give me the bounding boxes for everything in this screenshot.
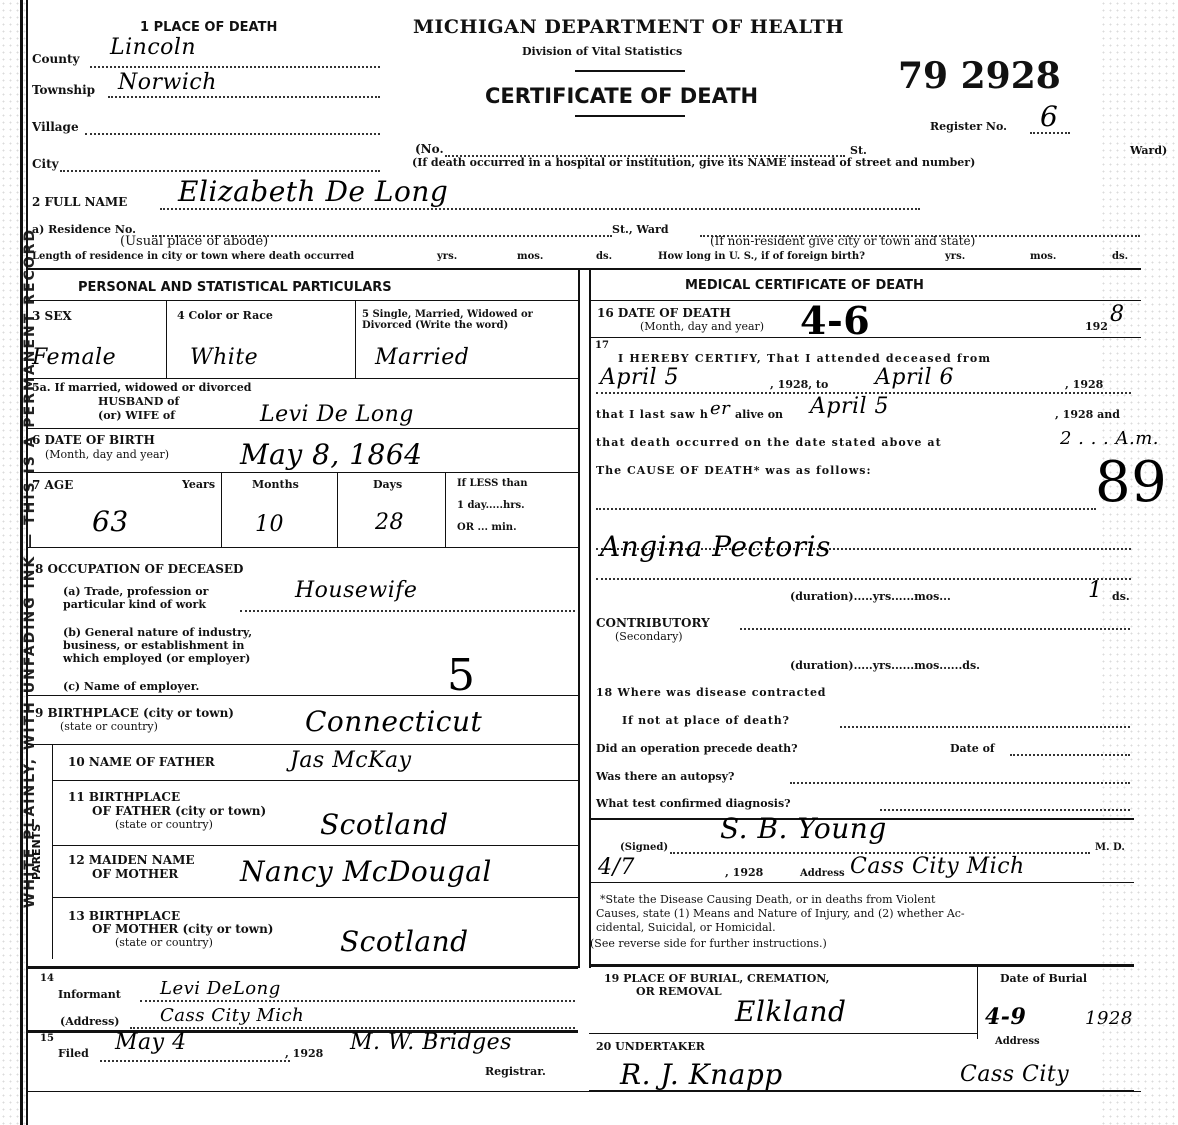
section-divider — [26, 268, 1141, 270]
row-line — [589, 337, 1141, 338]
operation-label: Did an operation precede death? — [596, 742, 798, 755]
row-line — [26, 695, 578, 696]
register-label: Register No. — [930, 120, 1007, 133]
informant-label: Informant — [58, 988, 121, 1001]
village-label: Village — [32, 120, 79, 134]
contributory-label: CONTRIBUTORY — [596, 616, 710, 630]
birthplace-sublabel: (state or country) — [60, 720, 158, 733]
informant-address-label: (Address) — [60, 1015, 120, 1028]
residence-st-ward: St., Ward — [612, 223, 669, 236]
last-saw-year: , 1928 and — [1055, 408, 1120, 421]
cause-code: 89 — [1095, 450, 1167, 515]
dod-year-suffix: 8 — [1110, 302, 1125, 327]
disease-contracted-label: 18 Where was disease contracted — [596, 686, 826, 699]
length-residence-label: Length of residence in city or town wher… — [32, 251, 354, 262]
father-birthplace-label: 11 BIRTHPLACE — [68, 790, 180, 804]
dotted-line — [790, 782, 1130, 784]
ds-label: ds. — [596, 251, 612, 262]
dotted-line — [740, 628, 1130, 630]
physician-address-value: Cass City Mich — [850, 854, 1025, 879]
burial-date-label: Date of Burial — [1000, 972, 1087, 985]
attended-to: April 6 — [875, 365, 954, 390]
row-line — [26, 428, 578, 429]
abode-note: (Usual place of abode) — [120, 234, 268, 249]
sign-date: 4/7 — [598, 855, 635, 880]
county-label: County — [32, 52, 80, 66]
row-line — [26, 744, 578, 745]
dotted-line — [60, 170, 380, 172]
marital-value: Married — [375, 345, 469, 370]
burial-label: 19 PLACE OF BURIAL, CREMATION, — [604, 972, 829, 985]
occupation-a-label: (a) Trade, profession or — [63, 585, 208, 598]
cause-of-death-value: Angina Pectoris — [600, 530, 831, 563]
row-line — [52, 845, 578, 846]
mother-birthplace-value: Scotland — [340, 925, 469, 958]
father-birthplace-label: OF FATHER (city or town) — [92, 804, 266, 818]
last-saw-date: April 5 — [810, 394, 889, 419]
dotted-line — [85, 133, 380, 135]
months-label: Months — [252, 478, 299, 491]
test-confirmed-label: What test confirmed diagnosis? — [596, 797, 791, 810]
dotted-line — [160, 208, 920, 210]
occupation-c-label: (c) Name of employer. — [63, 680, 199, 693]
footnote: *State the Disease Causing Death, or in … — [600, 893, 935, 906]
signed-label: (Signed) — [620, 842, 668, 853]
informant-number: 14 — [40, 973, 54, 984]
row-line — [589, 882, 1134, 883]
dotted-line — [880, 809, 1130, 811]
last-saw-pronoun: er — [710, 398, 730, 419]
column-divider — [578, 268, 580, 968]
physician-address-label: Address — [800, 868, 845, 879]
filed-value: May 4 — [115, 1030, 187, 1055]
spouse-label: HUSBAND of — [98, 395, 179, 408]
personal-heading: PERSONAL AND STATISTICAL PARTICULARS — [78, 280, 392, 295]
duration-primary: (duration).....yrs......mos... — [790, 590, 951, 603]
mother-name-value: Nancy McDougal — [240, 855, 492, 888]
last-saw-prefix: that I last saw h — [596, 408, 709, 421]
birthplace-value: Connecticut — [305, 705, 482, 738]
father-value: Jas McKay — [290, 748, 412, 773]
row-line — [52, 897, 578, 898]
days-label: Days — [373, 478, 402, 491]
dotted-line — [90, 66, 380, 68]
column-divider — [589, 268, 591, 968]
spouse-value: Levi De Long — [260, 402, 414, 427]
row-line — [26, 378, 578, 379]
cell-divider — [221, 472, 222, 547]
burial-place-value: Elkland — [735, 995, 846, 1028]
parents-divider — [52, 744, 53, 959]
undertaker-address-label: Address — [995, 1036, 1040, 1047]
how-long-label: How long in U. S., if of foreign birth? — [658, 251, 865, 262]
register-value: 6 — [1040, 100, 1058, 133]
dotted-line — [100, 1060, 290, 1062]
cell-divider — [166, 300, 167, 378]
full-name-value: Elizabeth De Long — [178, 175, 448, 208]
mother-birthplace-label: 13 BIRTHPLACE — [68, 909, 180, 923]
dotted-line — [596, 508, 1096, 510]
dob-sublabel: (Month, day and year) — [45, 448, 169, 461]
dotted-line — [140, 1000, 575, 1002]
father-label: 10 NAME OF FATHER — [68, 755, 215, 769]
dod-label: 16 DATE OF DEATH — [597, 306, 731, 320]
duration-secondary: (duration).....yrs......mos......ds. — [790, 659, 980, 672]
footnote: cidental, Suicidal, or Homicidal. — [596, 921, 776, 934]
dob-label: 6 DATE OF BIRTH — [32, 433, 155, 447]
dotted-line — [240, 610, 575, 612]
dod-sublabel: (Month, day and year) — [640, 320, 764, 333]
spouse-label: (or) WIFE of — [98, 409, 175, 422]
filed-number: 15 — [40, 1033, 54, 1044]
dotted-line — [108, 96, 380, 98]
frame-left-inner — [26, 0, 28, 1125]
attended-from-year: , 1928, to — [770, 378, 828, 391]
informant-address-value: Cass City Mich — [160, 1005, 304, 1026]
undertaker-value: R. J. Knapp — [620, 1058, 783, 1091]
cause-of-death-label: The CAUSE OF DEATH* was as follows: — [596, 464, 872, 477]
occupation-b-label: business, or establishment in — [63, 639, 244, 652]
marital-label: 5 Single, Married, Widowed or Divorced (… — [362, 309, 572, 331]
ward-label: Ward) — [1130, 144, 1167, 157]
race-value: White — [190, 345, 258, 370]
race-label: 4 Color or Race — [177, 309, 273, 322]
mos-label: mos. — [517, 251, 543, 262]
attended-from: April 5 — [600, 365, 679, 390]
occupation-value: Housewife — [295, 578, 417, 603]
row-line — [26, 472, 578, 473]
row-line — [52, 780, 578, 781]
occupation-b-label: (b) General nature of industry, — [63, 626, 252, 639]
physician-signature: S. B. Young — [720, 812, 887, 845]
death-time-label: that death occurred on the date stated a… — [596, 436, 942, 449]
mos-label: mos. — [1030, 251, 1056, 262]
age-label: 7 AGE — [32, 478, 73, 492]
sex-label: 3 SEX — [32, 309, 72, 323]
row-line — [589, 964, 1134, 967]
cell-divider — [337, 472, 338, 547]
township-value: Norwich — [118, 70, 217, 95]
place-of-death-heading: 1 PLACE OF DEATH — [140, 20, 277, 35]
burial-date-value: 4-9 — [985, 1004, 1026, 1030]
attended-to-year: , 1928 — [1065, 378, 1103, 391]
less-than-hrs: 1 day.....hrs. — [457, 500, 525, 511]
secondary-label: (Secondary) — [615, 630, 683, 643]
occupation-code: 5 — [447, 650, 476, 701]
disease-contracted-sub: If not at place of death? — [622, 714, 790, 727]
filed-label: Filed — [58, 1047, 89, 1060]
less-than-min: OR ... min. — [457, 522, 517, 533]
footnote: Causes, state (1) Means and Nature of In… — [596, 907, 965, 920]
yrs-label: yrs. — [945, 251, 965, 262]
registrar-signature: M. W. Bridges — [350, 1030, 512, 1055]
dob-value: May 8, 1864 — [240, 438, 422, 471]
ds-label: ds. — [1112, 251, 1128, 262]
mother-name-label: 12 MAIDEN NAME — [68, 853, 195, 867]
death-time-value: 2 . . . A.m. — [1060, 428, 1159, 449]
footnote: (See reverse side for further instructio… — [590, 937, 827, 950]
occupation-a-label: particular kind of work — [63, 598, 206, 611]
margin-noise-right — [1100, 0, 1178, 1125]
row-line — [589, 1033, 977, 1034]
frame-left-outer — [20, 0, 23, 1125]
years-label: Years — [182, 478, 215, 491]
duration-ds: ds. — [1112, 590, 1130, 603]
divider — [575, 115, 685, 117]
operation-date-label: Date of — [950, 742, 995, 755]
dod-year-prefix: 192 — [1085, 320, 1108, 333]
city-label: City — [32, 157, 59, 171]
sign-year: , 1928 — [725, 866, 763, 879]
father-birthplace-sublabel: (state or country) — [115, 818, 213, 831]
file-number: 79 2928 — [898, 55, 1061, 97]
mother-birthplace-label: OF MOTHER (city or town) — [92, 922, 273, 936]
cell-divider — [977, 964, 978, 1039]
last-saw-mid: alive on — [735, 408, 783, 421]
age-days-value: 28 — [375, 510, 404, 535]
divider — [575, 70, 685, 72]
row-line — [589, 1090, 1134, 1092]
spouse-label: 5a. If married, widowed or divorced — [32, 381, 251, 394]
mother-name-label: OF MOTHER — [92, 867, 178, 881]
row-line — [26, 300, 578, 301]
full-name-label: 2 FULL NAME — [32, 195, 127, 209]
certificate-number: 17 — [595, 340, 609, 351]
age-years-value: 63 — [92, 505, 129, 538]
dotted-line — [840, 726, 1130, 728]
burial-label: OR REMOVAL — [636, 985, 722, 998]
row-line — [26, 547, 578, 548]
duration-primary-days: 1 — [1088, 578, 1103, 603]
cell-divider — [355, 300, 356, 378]
informant-value: Levi DeLong — [160, 978, 281, 999]
cell-divider — [445, 472, 446, 547]
dotted-line — [1010, 754, 1130, 756]
township-label: Township — [32, 83, 95, 97]
age-months-value: 10 — [255, 512, 284, 537]
registrar-label: Registrar. — [485, 1065, 546, 1078]
yrs-label: yrs. — [437, 251, 457, 262]
autopsy-label: Was there an autopsy? — [596, 770, 734, 783]
undertaker-label: 20 UNDERTAKER — [596, 1040, 705, 1053]
nonresident-note: (If non-resident give city or town and s… — [710, 234, 975, 248]
father-birthplace-value: Scotland — [320, 808, 449, 841]
department-title: MICHIGAN DEPARTMENT OF HEALTH — [413, 16, 844, 38]
division-title: Division of Vital Statistics — [522, 45, 682, 58]
medical-heading: MEDICAL CERTIFICATE OF DEATH — [685, 278, 924, 293]
certificate-title: CERTIFICATE OF DEATH — [485, 84, 758, 108]
mother-birthplace-sublabel: (state or country) — [115, 936, 213, 949]
filed-year: , 1928 — [285, 1047, 323, 1060]
no-label: (No. — [415, 142, 444, 156]
parents-label: PARENTS — [30, 824, 43, 880]
hospital-note: (If death occurred in a hospital or inst… — [412, 156, 975, 169]
certify-line: I HEREBY CERTIFY, That I attended deceas… — [618, 352, 991, 365]
undertaker-address-value: Cass City — [960, 1062, 1069, 1087]
sex-value: Female — [32, 345, 116, 370]
row-line — [26, 966, 578, 969]
birthplace-label: 9 BIRTHPLACE (city or town) — [35, 706, 234, 720]
county-value: Lincoln — [110, 35, 196, 60]
less-than-label: If LESS than — [457, 478, 527, 489]
burial-year: 1928 — [1085, 1008, 1133, 1029]
dotted-line — [596, 578, 1131, 580]
occupation-heading: 8 OCCUPATION OF DECEASED — [35, 562, 243, 576]
dotted-line — [130, 1027, 575, 1029]
occupation-b-label: which employed (or employer) — [63, 652, 250, 665]
md-label: M. D. — [1095, 842, 1125, 853]
